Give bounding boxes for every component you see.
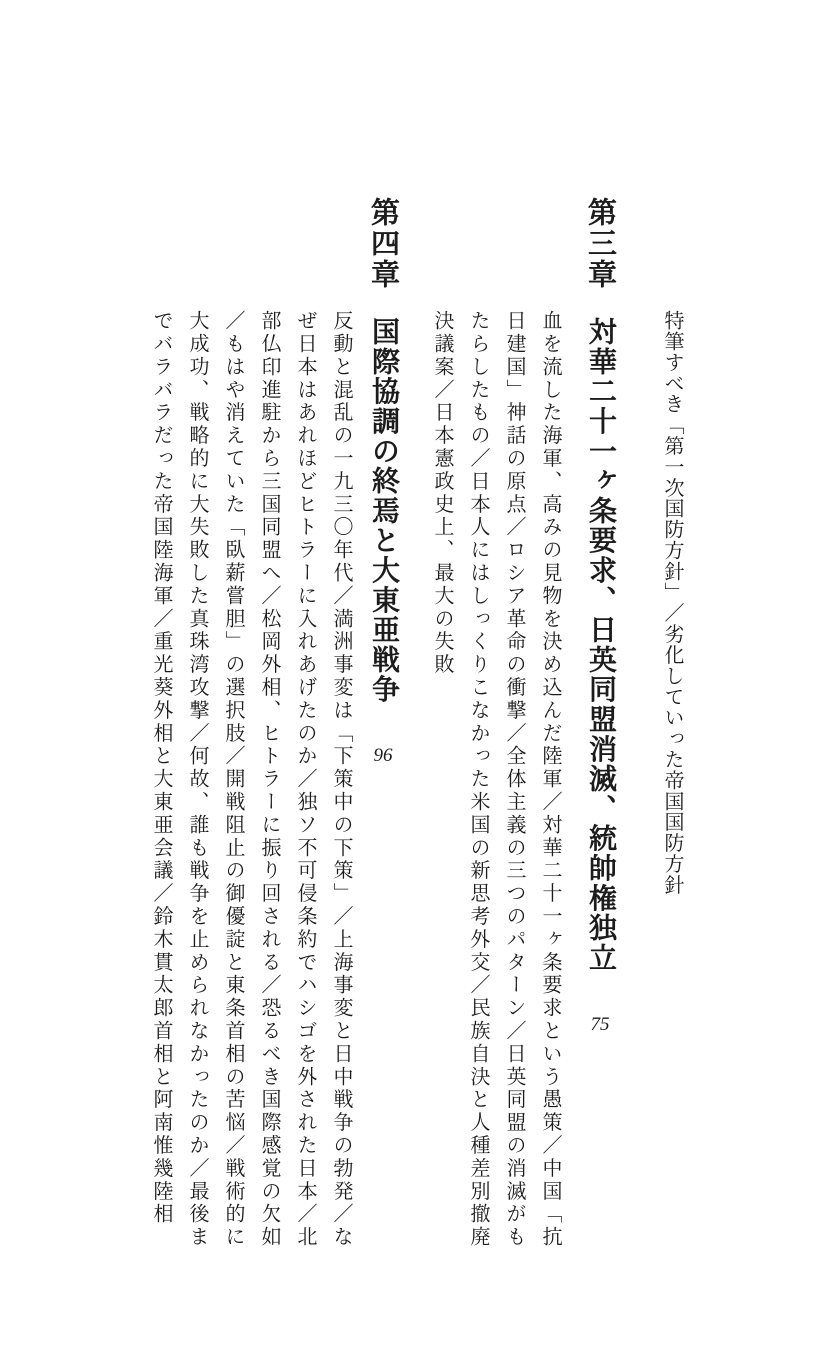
section-list-line: でバラバラだった帝国陸海軍／重光葵外相と大東亜会議／鈴木貫太郎首相と阿南惟幾陸相: [143, 197, 179, 1253]
book-toc-page: 特筆すべき「第一次国防方針」／劣化していった帝国国防方針 第三章対華二十一ヶ条要…: [0, 0, 835, 1357]
section-list-line: 血を流した海軍、高みの見物を決め込んだ陸軍／対華二十一ヶ条要求という愚策／中国「…: [532, 197, 568, 1253]
section-list-line: 大成功、戦略的に大失敗した真珠湾攻撃／何故、誰も戦争を止められなかったのか／最後…: [179, 197, 215, 1253]
toc-continuation-line: 特筆すべき「第一次国防方針」／劣化していった帝国国防方針: [654, 197, 690, 1253]
chapter-4-title: 国際協調の終焉と大東亜戦争: [368, 317, 399, 704]
chapter-3-title: 対華二十一ヶ条要求、日英同盟消滅、統帥権独立: [585, 317, 616, 973]
chapter-4-label: 第四章: [367, 197, 399, 290]
chapter-3-label: 第三章: [584, 197, 616, 290]
section-list-line: ぜ日本はあれほどヒトラーに入れあげたのか／独ソ不可侵条約でハシゴを外された日本／…: [287, 197, 323, 1253]
chapter-4-page-number-wrap: 96: [375, 746, 392, 765]
toc-content: 特筆すべき「第一次国防方針」／劣化していった帝国国防方針 第三章対華二十一ヶ条要…: [143, 197, 690, 1253]
chapter-3-page-number: 75: [591, 1015, 610, 1034]
section-list-line: 部仏印進駐から三国同盟へ／松岡外相、ヒトラーに振り回される／恐るべき国際感覚の欠…: [251, 197, 287, 1253]
section-list-line: 反動と混乱の一九三〇年代／満洲事変は「下策中の下策」／上海事変と日中戦争の勃発／…: [323, 197, 359, 1253]
chapter-3-page-number-wrap: 75: [592, 1015, 609, 1034]
section-list-line: 決議案／日本憲政史上、最大の失敗: [424, 197, 460, 1253]
chapter-4-page-number: 96: [374, 746, 393, 765]
section-list-line: ／もはや消えていた「臥薪嘗胆」の選択肢／開戦阻止の御優諚と東条首相の苦悩／戦術的…: [215, 197, 251, 1253]
section-list-line: 日建国」神話の原点／ロシア革命の衝撃／全体主義の三つのパターン／日英同盟の消滅が…: [496, 197, 532, 1253]
chapter-3-heading: 第三章対華二十一ヶ条要求、日英同盟消滅、統帥権独立75: [576, 197, 624, 1253]
chapter-4-heading: 第四章国際協調の終焉と大東亜戦争96: [359, 197, 407, 1253]
section-list-line: たらしたもの／日本人にはしっくりこなかった米国の新思考外交／民族自決と人種差別撤…: [460, 197, 496, 1253]
